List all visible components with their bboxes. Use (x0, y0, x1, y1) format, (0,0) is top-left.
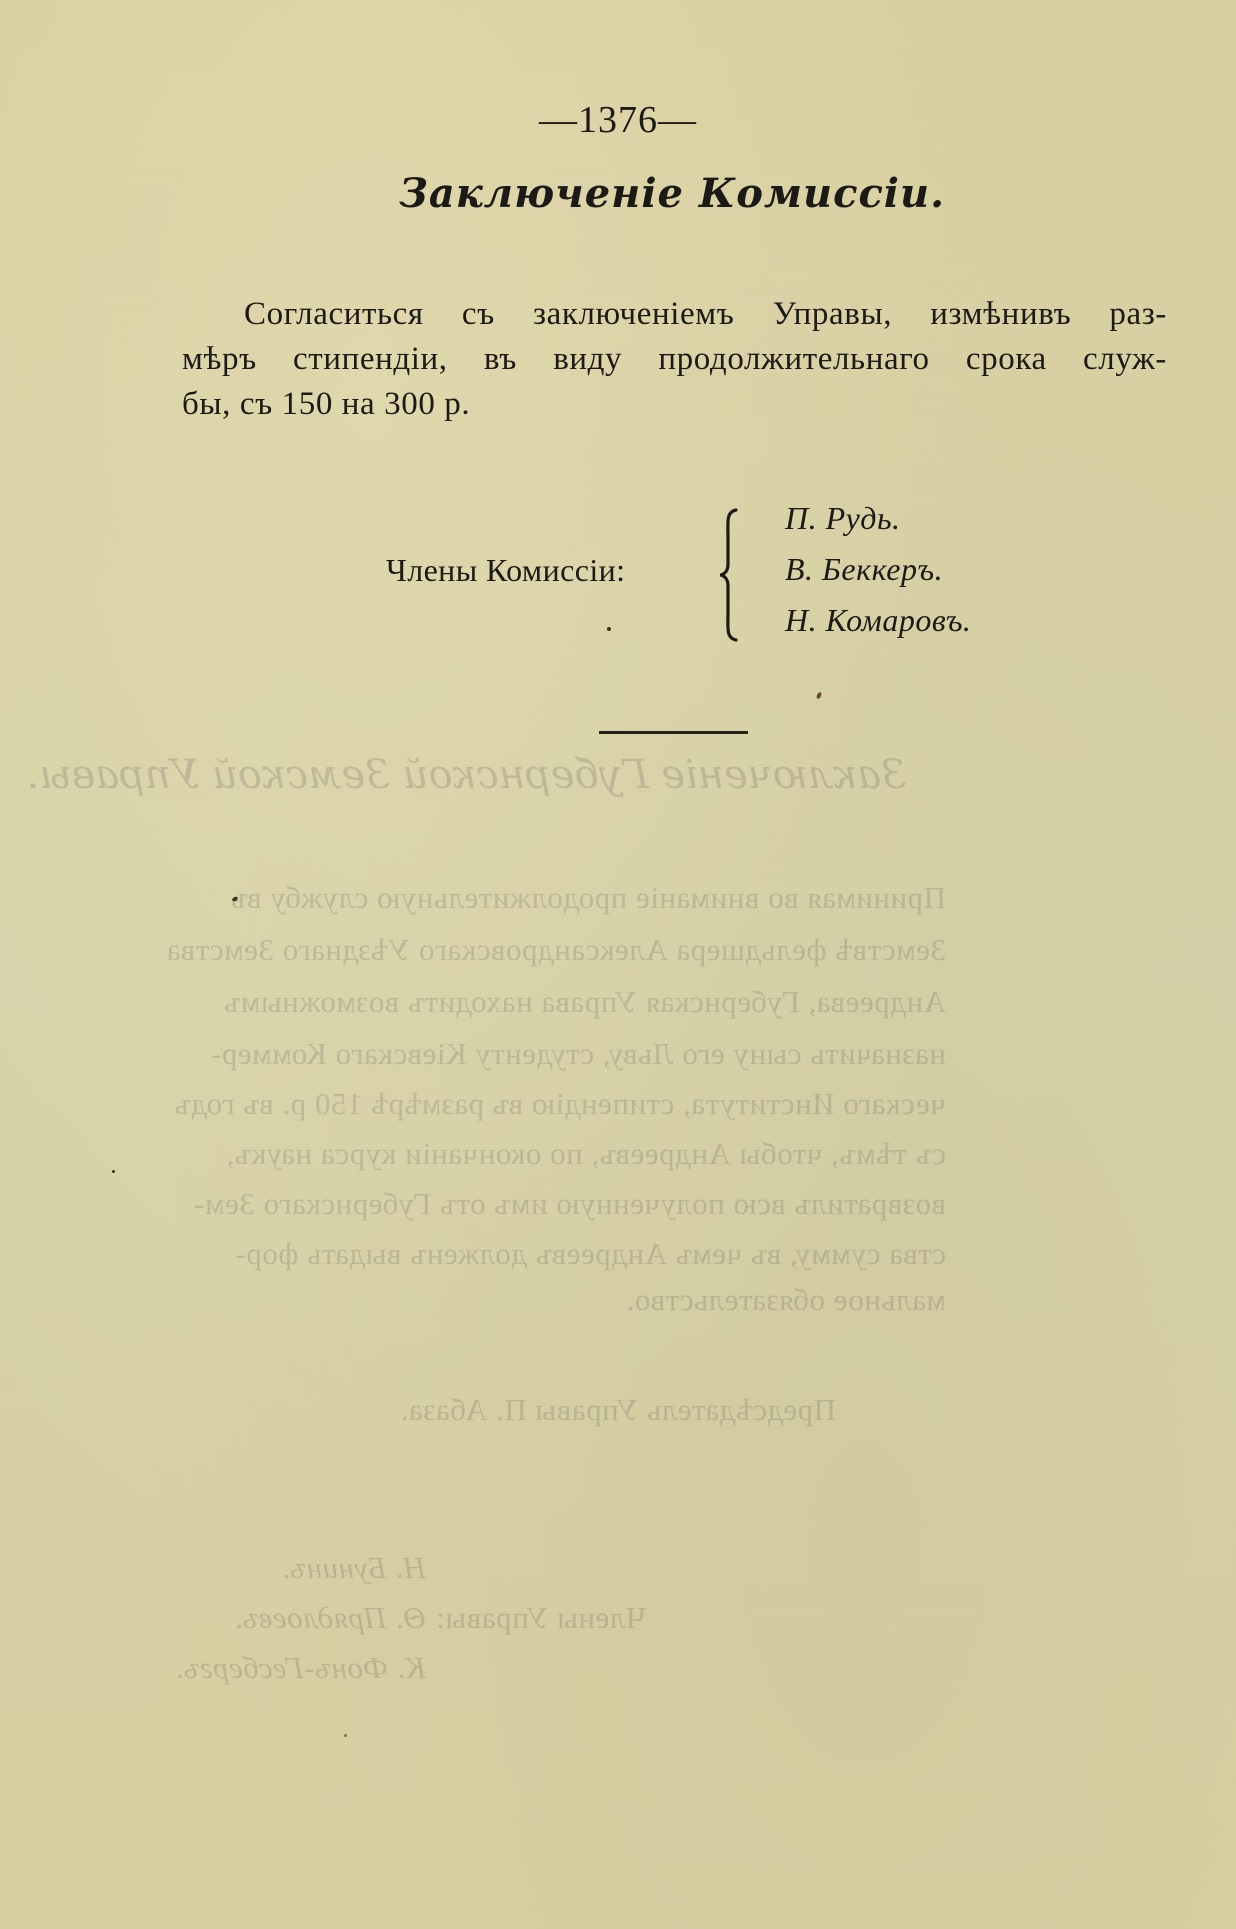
bleed-line: ческаго Института, стипендію въ размѣрѣ … (174, 1086, 946, 1122)
section-separator-rule (599, 731, 748, 734)
bleed-chairman: Предсѣдатель Управы П. Абаза. (400, 1392, 836, 1428)
bleed-line: возвратилъ всю полученную имъ отъ Губерн… (194, 1186, 946, 1222)
member-name: Н. Комаровъ. (785, 602, 971, 653)
bleed-line: мальное обязательство. (626, 1282, 946, 1318)
ink-speck (231, 896, 238, 902)
section-title: Заключеніе Комиссіи. (0, 170, 1236, 217)
bleed-line: Андреева, Губернская Управа находитъ воз… (224, 984, 946, 1020)
bleed-line: ства сумму, въ чемъ Андреевъ долженъ выд… (235, 1236, 946, 1272)
bleed-line: Земствѣ фельдшера Александровскаго Уѣздн… (166, 932, 946, 968)
commission-signatures: Члены Комиссіи: П. Рудь. В. Беккеръ. Н. … (380, 500, 1080, 650)
member-name: П. Рудь. (785, 500, 971, 551)
bleed-board-label: Члены Управы: (436, 1600, 646, 1636)
page-number: —1376— (0, 98, 1236, 142)
bleed-heading: Заключеніе Губернской Земской Управы. (27, 752, 906, 798)
bleed-line: съ тѣмъ, чтобы Андреевъ, по окончаніи ку… (226, 1136, 946, 1172)
member-name: В. Беккеръ. (785, 551, 971, 602)
curly-brace-icon (720, 508, 740, 642)
resolution-line: мѣръ стипендіи, въ виду продолжительнаго… (182, 337, 1167, 382)
ink-speck (112, 1170, 115, 1173)
bleed-board-member: Н. Бунинъ. (281, 1550, 426, 1586)
resolution-line: Согласиться съ заключеніемъ Управы, измѣ… (182, 292, 1167, 337)
bleed-board-member: Ѳ. Прядлоевъ. (234, 1600, 426, 1636)
bleed-board-member: К. Фонъ-Гесбергъ. (175, 1650, 426, 1686)
bleed-through-layer: Заключеніе Губернской Земской Управы. Пр… (0, 0, 1236, 1929)
bleed-line: Принимая во вниманіе продолжительную слу… (231, 880, 946, 916)
commission-resolution: Согласиться съ заключеніемъ Управы, измѣ… (182, 292, 1167, 427)
ink-speck (607, 627, 611, 631)
resolution-line: бы, съ 150 на 300 р. (182, 382, 1167, 427)
bleed-line: назначить сыну его Льву, студенту Кіевск… (211, 1036, 946, 1072)
ink-speck (816, 691, 823, 699)
ink-speck (344, 1734, 347, 1737)
members-label: Члены Комиссіи: (386, 552, 625, 589)
members-list: П. Рудь. В. Беккеръ. Н. Комаровъ. (785, 500, 971, 653)
